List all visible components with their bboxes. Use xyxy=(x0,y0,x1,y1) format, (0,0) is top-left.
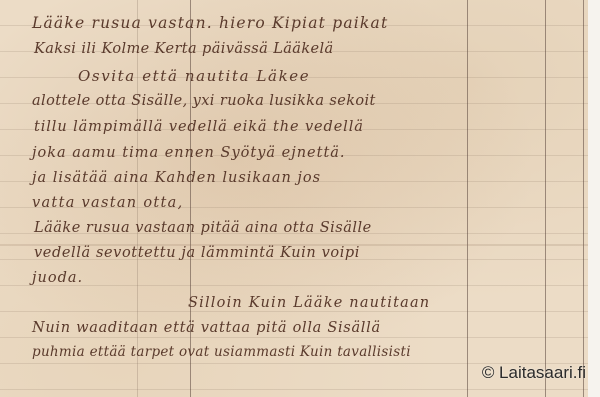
paper-sheet: Lääke rusua vastan. hiero Kipiat paikat … xyxy=(0,0,588,397)
handwritten-line: vedellä sevottettu ja lämmintä Kuin voip… xyxy=(34,245,360,261)
column-line xyxy=(583,0,584,397)
handwritten-line: alottele otta Sisälle, yxi ruoka lusikka… xyxy=(32,93,376,109)
margin-line xyxy=(190,0,191,397)
handwritten-line: vatta vastan otta, xyxy=(32,195,183,211)
handwritten-line: puhmia ettää tarpet ovat usiammasti Kuin… xyxy=(32,344,411,360)
handwritten-line: Silloin Kuin Lääke nautitaan xyxy=(188,295,430,311)
column-line xyxy=(467,0,468,397)
handwritten-line: joka aamu tima ennen Syötyä ejnettä. xyxy=(32,145,346,161)
handwritten-line: Kaksi ili Kolme Kerta päivässä Lääkelä xyxy=(34,41,334,57)
handwritten-line: ja lisätää aina Kahden lusikaan jos xyxy=(32,170,321,186)
handwritten-line: Osvita että nautita Läkee xyxy=(78,67,310,85)
handwritten-line: tillu lämpimällä vedellä eikä the vedell… xyxy=(34,119,364,135)
handwritten-line: juoda. xyxy=(32,270,83,286)
copyright-watermark: © Laitasaari.fi xyxy=(482,363,586,383)
column-line xyxy=(545,0,546,397)
handwritten-line: Lääke rusua vastaan pitää aina otta Sisä… xyxy=(34,220,372,236)
handwritten-line: Nuin waaditaan että vattaa pitä olla Sis… xyxy=(32,320,381,336)
page-edge xyxy=(588,0,600,397)
handwritten-line: Lääke rusua vastan. hiero Kipiat paikat xyxy=(32,14,388,32)
